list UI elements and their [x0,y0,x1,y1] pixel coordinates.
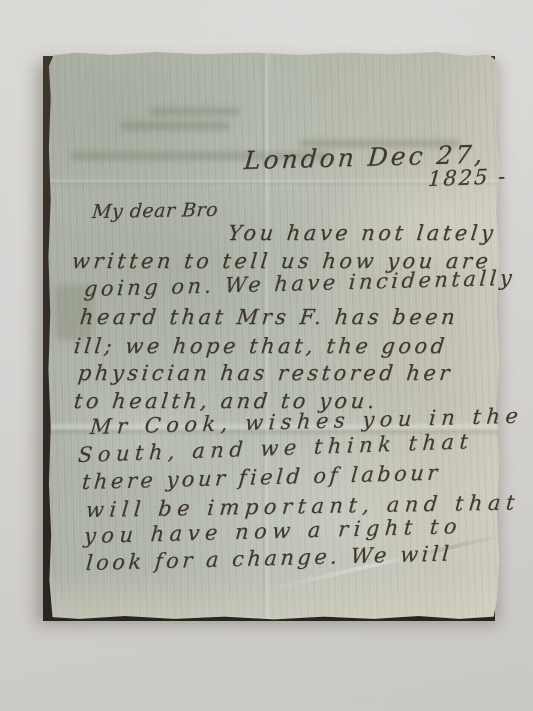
handwriting-line: there your field of labour [81,461,442,494]
handwriting-line: physician has restored her [77,361,454,385]
handwriting-line: heard that Mrs F. has been [79,305,460,329]
photo-background: London Dec 27, 1825 - My dear Bro You ha… [0,0,533,711]
handwriting-line: You have not lately [227,221,498,245]
handwriting-layer: London Dec 27, 1825 - My dear Bro You ha… [0,0,533,711]
salutation: My dear Bro [91,199,219,223]
dateline-year: 1825 - [427,164,508,191]
handwriting-line: ill; we hope that, the good [73,334,449,358]
